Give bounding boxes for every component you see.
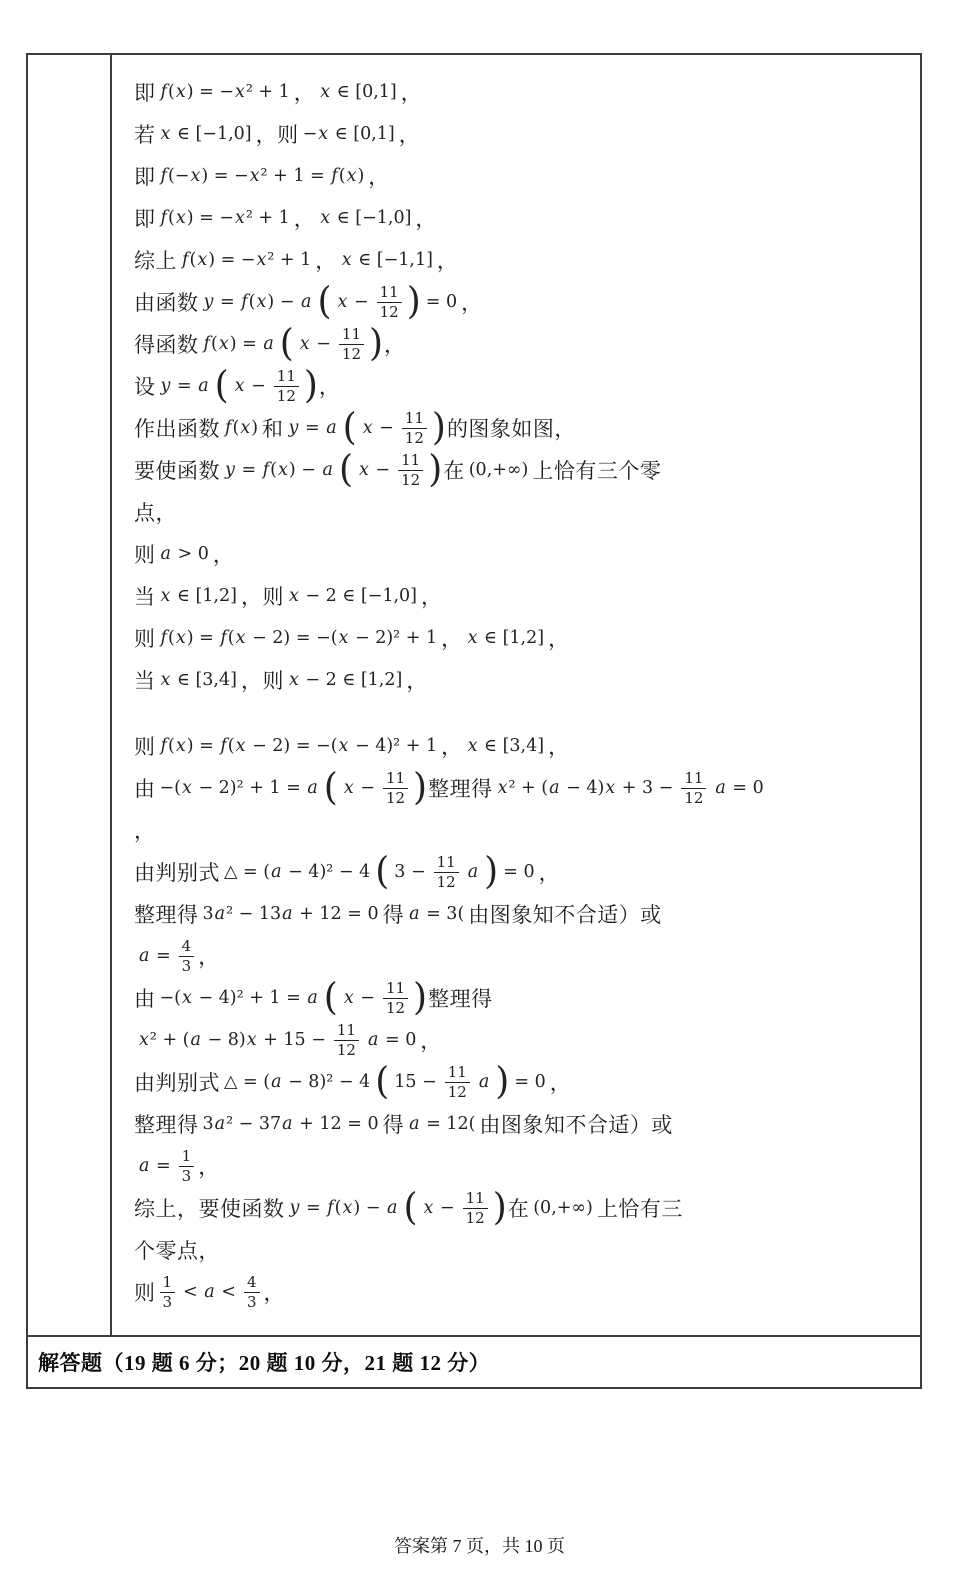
math-expression: y = a bbox=[160, 376, 210, 396]
section-header: 解答题（19 题 6 分；20 题 10 分，21 题 12 分） bbox=[38, 1347, 490, 1377]
math-expression: a = 3( bbox=[408, 904, 464, 924]
chinese-text: 点， bbox=[134, 497, 177, 527]
page-footer: 答案第 7 页，共 10 页 bbox=[0, 1532, 959, 1558]
fraction-denominator: 12 bbox=[437, 873, 456, 891]
fraction-numerator: 4 bbox=[179, 938, 195, 957]
math-expression: a = 12( bbox=[408, 1114, 475, 1134]
fraction: 1112 bbox=[334, 1022, 359, 1058]
chinese-text: ， bbox=[421, 581, 443, 611]
chinese-text: ， bbox=[368, 161, 390, 191]
chinese-text: ， bbox=[539, 857, 561, 887]
solution-line: 当x ∈ [1,2]，则x − 2 ∈ [−1,0]， bbox=[134, 575, 902, 617]
fraction-numerator: 11 bbox=[398, 452, 423, 471]
chinese-text: 即 bbox=[134, 161, 156, 191]
math-expression: a = 0 bbox=[714, 778, 763, 798]
math-expression: x − bbox=[234, 376, 266, 396]
math-expression: a bbox=[467, 862, 479, 882]
fraction-denominator: 12 bbox=[684, 789, 703, 807]
solution-line: x² + (a − 8)x + 15 −1112a = 0， bbox=[134, 1019, 902, 1061]
chinese-text: 和 bbox=[262, 413, 284, 443]
math-expression: a = 0 bbox=[367, 1030, 416, 1050]
math-expression: x − bbox=[343, 778, 375, 798]
math-expression: a = bbox=[138, 946, 171, 966]
chinese-text: 得 bbox=[383, 899, 405, 929]
chinese-text: ， bbox=[461, 287, 483, 317]
fraction-numerator: 11 bbox=[383, 980, 408, 999]
chinese-text: 由判别式 bbox=[134, 1067, 220, 1097]
solution-line: ， bbox=[134, 809, 902, 851]
fraction-denominator: 12 bbox=[448, 1083, 467, 1101]
chinese-text: 则 bbox=[134, 539, 156, 569]
chinese-text: 在 bbox=[443, 455, 465, 485]
chinese-text: ， bbox=[294, 77, 316, 107]
math-expression: x − bbox=[362, 418, 394, 438]
math-expression: −(x − 2)² + 1 = a bbox=[160, 778, 319, 798]
chinese-text: 由图象知不合适）或 bbox=[479, 1109, 673, 1139]
fraction-numerator: 1 bbox=[160, 1274, 176, 1293]
fraction: 1112 bbox=[398, 452, 423, 488]
math-expression: x − bbox=[358, 460, 390, 480]
fraction-numerator: 11 bbox=[383, 770, 408, 789]
chinese-text: 要使函数 bbox=[134, 455, 220, 485]
chinese-text: 在 bbox=[508, 1193, 530, 1223]
chinese-text: ， bbox=[264, 1277, 286, 1307]
chinese-text: 综上，要使函数 bbox=[134, 1193, 285, 1223]
fraction-denominator: 3 bbox=[182, 957, 192, 975]
math-expression: f(x) = −x² + 1 bbox=[160, 82, 290, 102]
chinese-text: 整理得 bbox=[134, 899, 199, 929]
math-expression: △ = (a − 4)² − 4 bbox=[224, 862, 370, 882]
math-expression: 3a² − 37a + 12 = 0 bbox=[203, 1114, 379, 1134]
chinese-text: ， bbox=[406, 665, 428, 695]
chinese-text: 则 bbox=[134, 1277, 156, 1307]
math-expression: △ = (a − 8)² − 4 bbox=[224, 1072, 370, 1092]
solution-line: 点， bbox=[134, 491, 902, 533]
fraction-numerator: 11 bbox=[681, 770, 706, 789]
fraction-denominator: 12 bbox=[337, 1041, 356, 1059]
chinese-text: ， bbox=[441, 623, 463, 653]
chinese-text: ， bbox=[401, 77, 423, 107]
chinese-text: ， bbox=[198, 1151, 220, 1181]
math-expression: y = f(x) − a bbox=[203, 292, 313, 312]
math-expression: x ∈ [−1,0] bbox=[319, 208, 411, 228]
chinese-text: 即 bbox=[134, 77, 156, 107]
chinese-text: ， bbox=[441, 731, 463, 761]
math-expression: 15 − bbox=[394, 1072, 437, 1092]
chinese-text: 即 bbox=[134, 203, 156, 233]
fraction-denominator: 3 bbox=[247, 1293, 257, 1311]
solution-line: 当x ∈ [3,4]，则x − 2 ∈ [1,2]， bbox=[134, 659, 902, 701]
chinese-text: ， bbox=[550, 1067, 572, 1097]
solution-line: 由函数y = f(x) − a(x −1112)= 0， bbox=[134, 281, 902, 323]
math-expression: x − bbox=[336, 292, 368, 312]
chinese-text: 得函数 bbox=[134, 329, 199, 359]
fraction-denominator: 3 bbox=[163, 1293, 173, 1311]
fraction-denominator: 12 bbox=[466, 1209, 485, 1227]
math-expression: −x ∈ [0,1] bbox=[303, 124, 395, 144]
fraction-denominator: 12 bbox=[401, 471, 420, 489]
chinese-text: ， bbox=[399, 119, 421, 149]
solution-line: 则f(x) = f(x − 2) = −(x − 4)² + 1，x ∈ [3,… bbox=[134, 725, 902, 767]
solution-line: 由判别式△ = (a − 4)² − 4(3 −1112a)= 0， bbox=[134, 851, 902, 893]
chinese-text: ， bbox=[548, 623, 570, 653]
fraction: 1112 bbox=[463, 1190, 488, 1226]
chinese-text: 整理得 bbox=[134, 1109, 199, 1139]
solution-line: 即f(x) = −x² + 1，x ∈ [0,1]， bbox=[134, 71, 902, 113]
chinese-text: 的图象如图， bbox=[447, 413, 576, 443]
math-expression: x − 2 ∈ [1,2] bbox=[288, 670, 402, 690]
chinese-text: 若 bbox=[134, 119, 156, 149]
solution-line: 即f(−x) = −x² + 1 = f(x)， bbox=[134, 155, 902, 197]
fraction: 1112 bbox=[339, 326, 364, 362]
solution-line: 由判别式△ = (a − 8)² − 4(15 −1112a)= 0， bbox=[134, 1061, 902, 1103]
chinese-text: ， bbox=[134, 815, 156, 845]
chinese-text: ， bbox=[315, 245, 337, 275]
fraction: 1112 bbox=[681, 770, 706, 806]
fraction: 43 bbox=[179, 938, 195, 974]
chinese-text: ，则 bbox=[241, 581, 284, 611]
solution-line: 若x ∈ [−1,0]，则−x ∈ [0,1]， bbox=[134, 113, 902, 155]
fraction: 1112 bbox=[434, 854, 459, 890]
math-expression: x² + (a − 4)x + 3 − bbox=[497, 778, 674, 798]
fraction: 1112 bbox=[274, 368, 299, 404]
fraction-denominator: 12 bbox=[380, 303, 399, 321]
math-expression: x ∈ [−1,0] bbox=[160, 124, 252, 144]
chinese-text: 作出函数 bbox=[134, 413, 220, 443]
chinese-text: ， bbox=[294, 203, 316, 233]
chinese-text: 个零点， bbox=[134, 1235, 220, 1265]
math-expression: x − bbox=[299, 334, 331, 354]
solution-line: 则13< a <43， bbox=[134, 1271, 902, 1313]
math-expression: = 0 bbox=[426, 292, 457, 312]
fraction-denominator: 3 bbox=[182, 1167, 192, 1185]
solution-row: 即f(x) = −x² + 1，x ∈ [0,1]，若x ∈ [−1,0]，则−… bbox=[28, 55, 920, 1335]
fraction-numerator: 11 bbox=[434, 854, 459, 873]
math-expression: y = f(x) − a bbox=[289, 1198, 399, 1218]
chinese-text: ， bbox=[213, 539, 235, 569]
chinese-text: ，则 bbox=[241, 665, 284, 695]
fraction-denominator: 12 bbox=[386, 999, 405, 1017]
chinese-text: ， bbox=[319, 371, 341, 401]
math-expression: = 0 bbox=[514, 1072, 545, 1092]
math-expression: < a < bbox=[183, 1282, 236, 1302]
fraction-numerator: 11 bbox=[377, 284, 402, 303]
math-expression: (0,+∞) bbox=[533, 1198, 593, 1218]
chinese-text: ， bbox=[437, 245, 459, 275]
chinese-text: 由图象知不合适）或 bbox=[468, 899, 662, 929]
solution-line: 整理得3a² − 37a + 12 = 0得a = 12(由图象知不合适）或 bbox=[134, 1103, 902, 1145]
fraction: 1112 bbox=[402, 410, 427, 446]
chinese-text: 由判别式 bbox=[134, 857, 220, 887]
chinese-text: 整理得 bbox=[428, 773, 493, 803]
solution-line: 由−(x − 4)² + 1 = a(x −1112)整理得 bbox=[134, 977, 902, 1019]
chinese-text: ， bbox=[420, 1025, 442, 1055]
fraction-numerator: 11 bbox=[334, 1022, 359, 1041]
math-expression: = 0 bbox=[503, 862, 534, 882]
math-expression: x ∈ [1,2] bbox=[467, 628, 544, 648]
fraction-numerator: 4 bbox=[244, 1274, 260, 1293]
table-left-margin-cell bbox=[28, 55, 112, 1335]
solution-line: 即f(x) = −x² + 1，x ∈ [−1,0]， bbox=[134, 197, 902, 239]
solution-line: a =43， bbox=[134, 935, 902, 977]
chinese-text: 上恰有三个零 bbox=[532, 455, 661, 485]
solution-line: 则a > 0， bbox=[134, 533, 902, 575]
math-expression: x ∈ [0,1] bbox=[319, 82, 396, 102]
fraction-numerator: 11 bbox=[274, 368, 299, 387]
fraction-denominator: 12 bbox=[386, 789, 405, 807]
chinese-text: 则 bbox=[134, 623, 156, 653]
solution-line: a =13， bbox=[134, 1145, 902, 1187]
math-expression: f(−x) = −x² + 1 = f(x) bbox=[160, 166, 365, 186]
fraction: 1112 bbox=[383, 980, 408, 1016]
chinese-text: 当 bbox=[134, 581, 156, 611]
chinese-text: ， bbox=[198, 941, 220, 971]
math-expression: f(x) = a bbox=[203, 334, 275, 354]
chinese-text: 综上 bbox=[134, 245, 177, 275]
chinese-text: 由函数 bbox=[134, 287, 199, 317]
solution-line: 要使函数y = f(x) − a(x −1112)在(0,+∞)上恰有三个零 bbox=[134, 449, 902, 491]
math-expression: x² + (a − 8)x + 15 − bbox=[138, 1030, 326, 1050]
solution-line: 设y = a(x −1112)， bbox=[134, 365, 902, 407]
solution-line: 整理得3a² − 13a + 12 = 0得a = 3(由图象知不合适）或 bbox=[134, 893, 902, 935]
math-expression: x ∈ [1,2] bbox=[160, 586, 237, 606]
chinese-text: 由 bbox=[134, 773, 156, 803]
fraction-numerator: 11 bbox=[402, 410, 427, 429]
solution-line: 综上f(x) = −x² + 1，x ∈ [−1,1]， bbox=[134, 239, 902, 281]
fraction-numerator: 11 bbox=[445, 1064, 470, 1083]
fraction: 1112 bbox=[445, 1064, 470, 1100]
chinese-text: ， bbox=[548, 731, 570, 761]
math-expression: a > 0 bbox=[160, 544, 209, 564]
chinese-text: 上恰有三 bbox=[597, 1193, 683, 1223]
math-expression: a = bbox=[138, 1156, 171, 1176]
chinese-text: 则 bbox=[134, 731, 156, 761]
math-expression: f(x) = f(x − 2) = −(x − 2)² + 1 bbox=[160, 628, 438, 648]
chinese-text: ， bbox=[415, 203, 437, 233]
math-expression: −(x − 4)² + 1 = a bbox=[160, 988, 319, 1008]
fraction: 1112 bbox=[377, 284, 402, 320]
line-spacer bbox=[134, 701, 902, 725]
math-expression: x − bbox=[343, 988, 375, 1008]
solution-line: 作出函数f(x)和y = a(x −1112)的图象如图， bbox=[134, 407, 902, 449]
math-expression: f(x) bbox=[224, 418, 258, 438]
math-expression: x ∈ [3,4] bbox=[160, 670, 237, 690]
math-expression: f(x) = −x² + 1 bbox=[181, 250, 311, 270]
fraction-numerator: 11 bbox=[339, 326, 364, 345]
math-expression: 3a² − 13a + 12 = 0 bbox=[203, 904, 379, 924]
math-expression: y = a bbox=[288, 418, 338, 438]
math-expression: x − bbox=[422, 1198, 454, 1218]
math-expression: f(x) = −x² + 1 bbox=[160, 208, 290, 228]
fraction: 43 bbox=[244, 1274, 260, 1310]
chinese-text: 得 bbox=[383, 1109, 405, 1139]
solution-lines: 即f(x) = −x² + 1，x ∈ [0,1]，若x ∈ [−1,0]，则−… bbox=[112, 55, 920, 1335]
math-expression: (0,+∞) bbox=[469, 460, 529, 480]
math-expression: 3 − bbox=[394, 862, 425, 882]
fraction: 13 bbox=[179, 1148, 195, 1184]
chinese-text: ， bbox=[384, 329, 406, 359]
math-expression: f(x) = f(x − 2) = −(x − 4)² + 1 bbox=[160, 736, 438, 756]
fraction-numerator: 1 bbox=[179, 1148, 195, 1167]
solution-line: 个零点， bbox=[134, 1229, 902, 1271]
chinese-text: 设 bbox=[134, 371, 156, 401]
chinese-text: ，则 bbox=[256, 119, 299, 149]
fraction-denominator: 12 bbox=[342, 345, 361, 363]
answer-table: 即f(x) = −x² + 1，x ∈ [0,1]，若x ∈ [−1,0]，则−… bbox=[26, 53, 922, 1389]
math-expression: x ∈ [−1,1] bbox=[341, 250, 433, 270]
solution-line: 得函数f(x) = a(x −1112)， bbox=[134, 323, 902, 365]
fraction-denominator: 12 bbox=[277, 387, 296, 405]
chinese-text: 整理得 bbox=[428, 983, 493, 1013]
fraction: 13 bbox=[160, 1274, 176, 1310]
chinese-text: 由 bbox=[134, 983, 156, 1013]
fraction-numerator: 11 bbox=[463, 1190, 488, 1209]
fraction-denominator: 12 bbox=[405, 429, 424, 447]
solution-line: 综上，要使函数y = f(x) − a(x −1112)在(0,+∞)上恰有三 bbox=[134, 1187, 902, 1229]
solution-line: 则f(x) = f(x − 2) = −(x − 2)² + 1，x ∈ [1,… bbox=[134, 617, 902, 659]
chinese-text: 当 bbox=[134, 665, 156, 695]
solution-line: 由−(x − 2)² + 1 = a(x −1112)整理得x² + (a − … bbox=[134, 767, 902, 809]
math-expression: x ∈ [3,4] bbox=[467, 736, 544, 756]
fraction: 1112 bbox=[383, 770, 408, 806]
math-expression: x − 2 ∈ [−1,0] bbox=[288, 586, 417, 606]
math-expression: a bbox=[478, 1072, 490, 1092]
section-header-row: 解答题（19 题 6 分；20 题 10 分，21 题 12 分） bbox=[28, 1335, 920, 1387]
math-expression: y = f(x) − a bbox=[224, 460, 334, 480]
